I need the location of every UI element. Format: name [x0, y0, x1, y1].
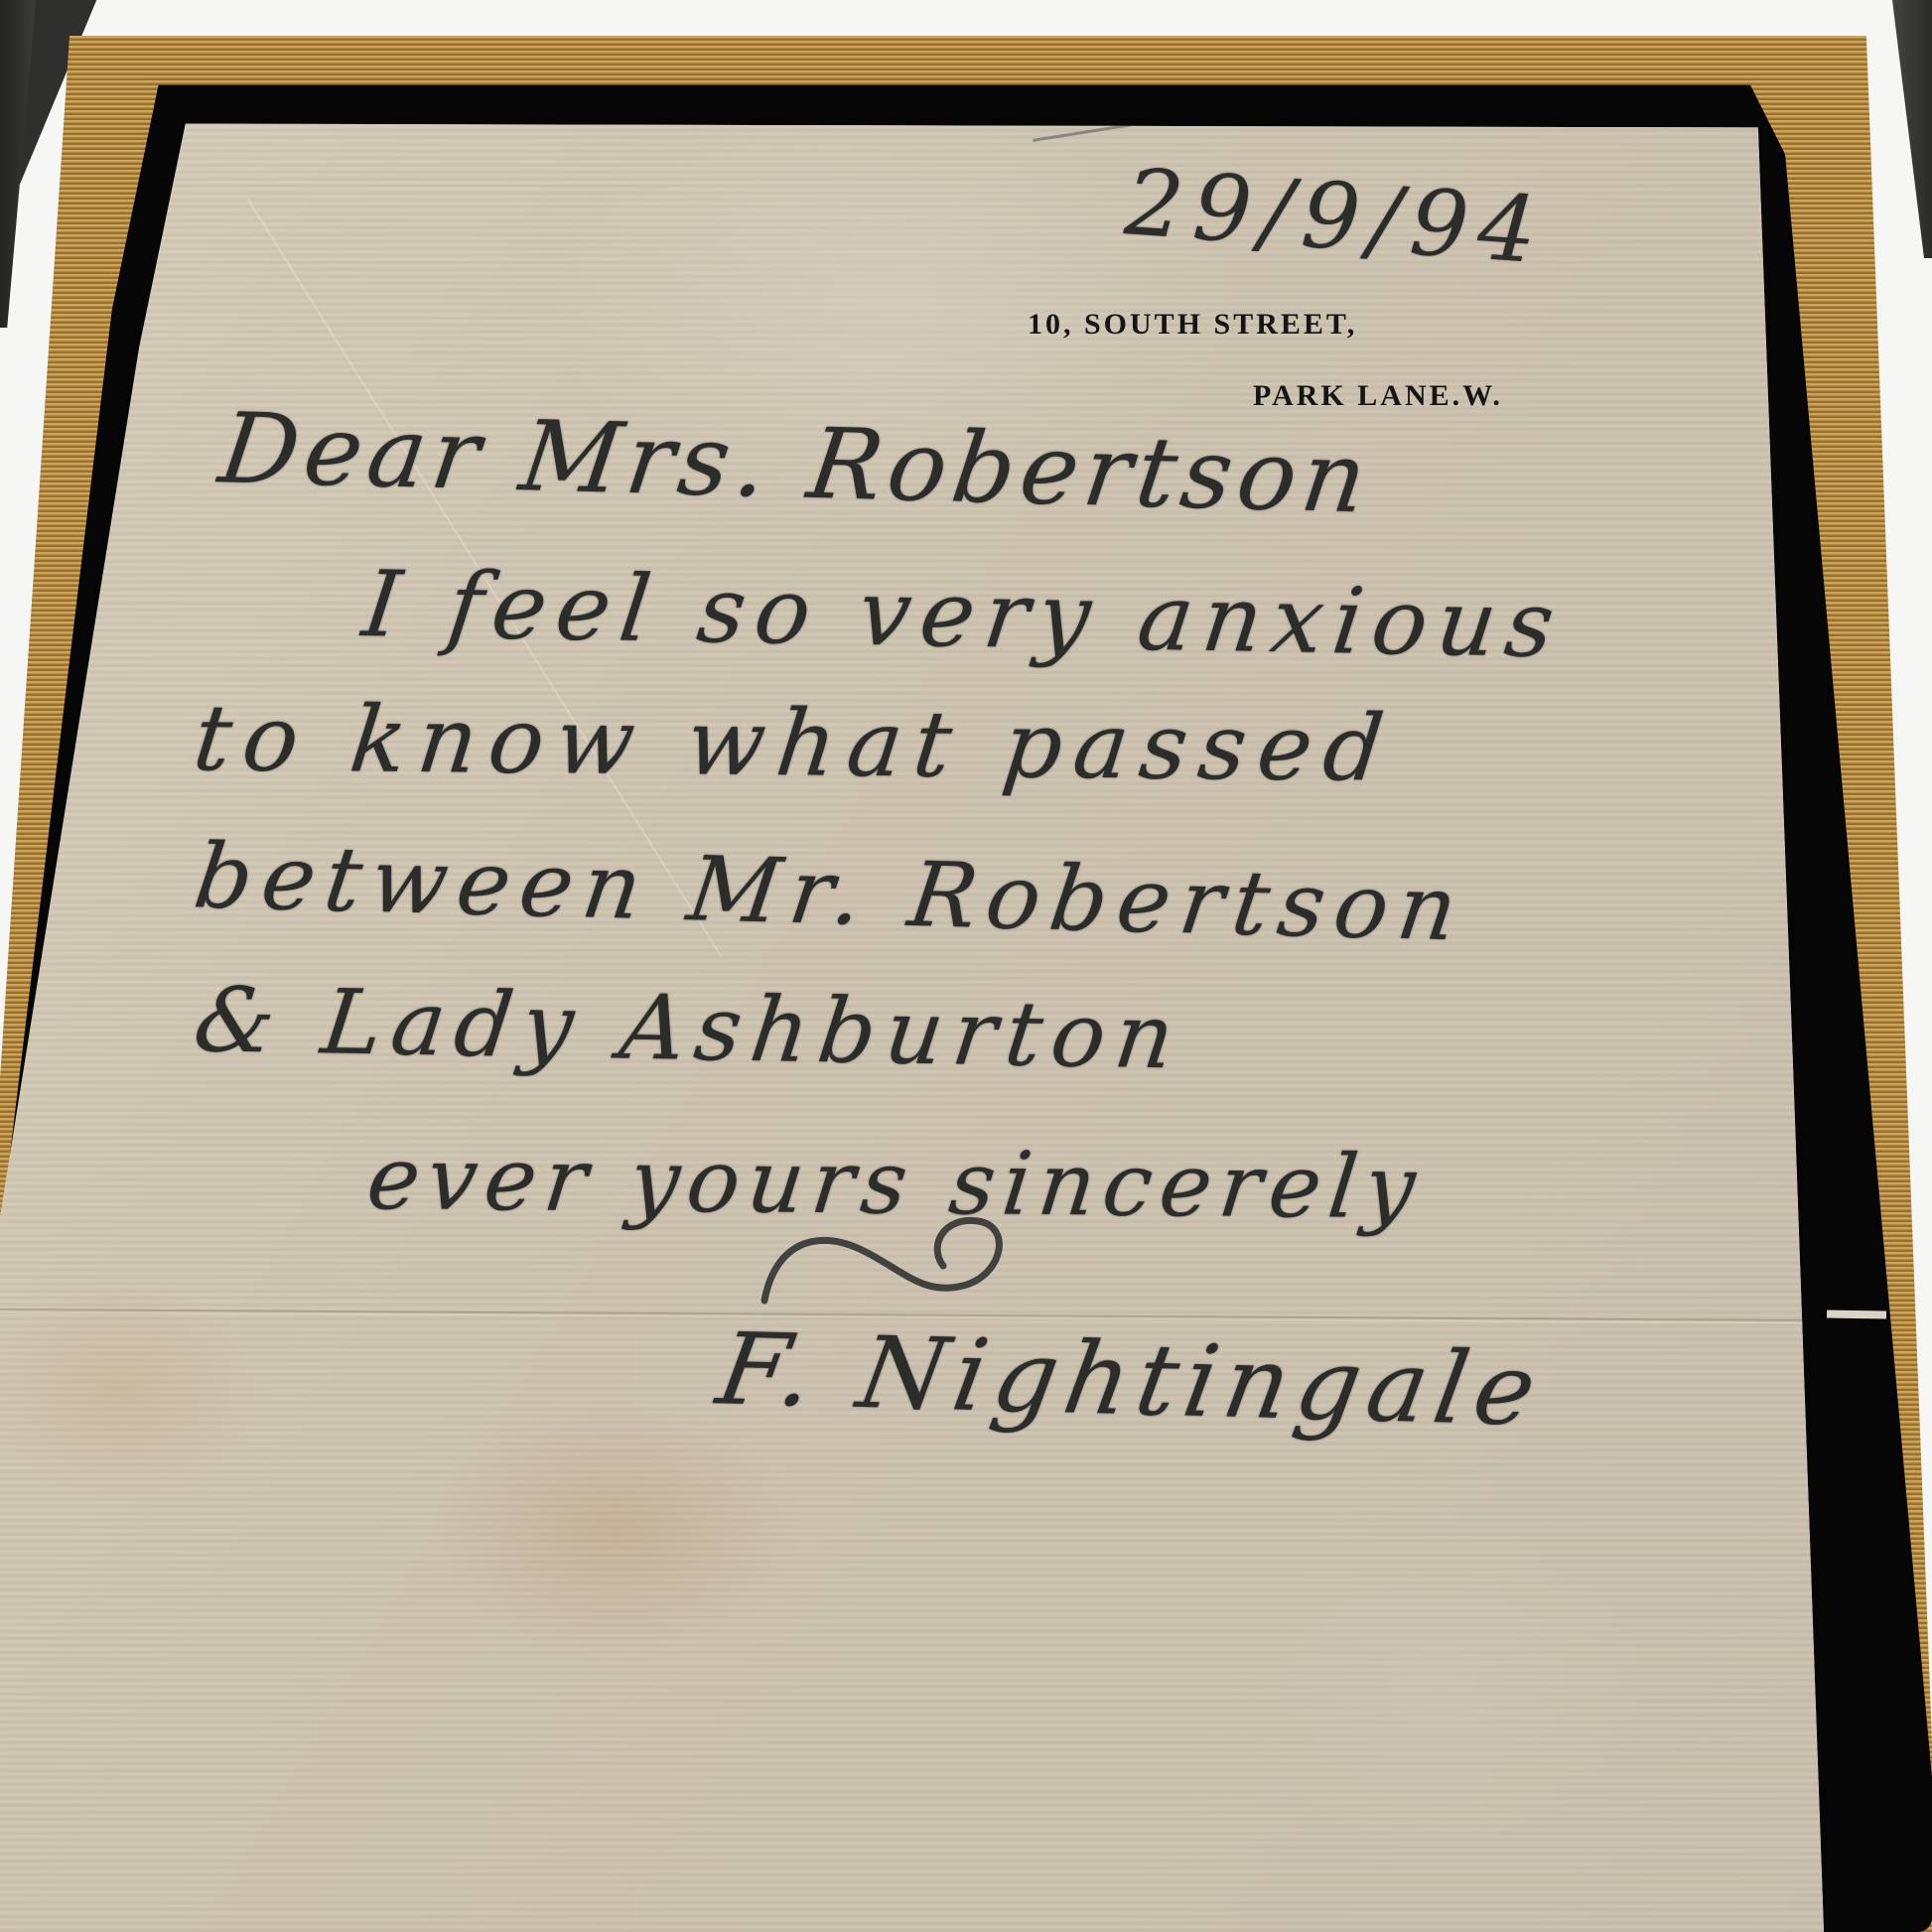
body-line: I feel so very anxious [357, 551, 1570, 678]
salutation: Dear Mrs. Robertson [213, 392, 1379, 535]
body-line: & Lady Ashburton [189, 968, 1189, 1089]
body-line: to know what passed [189, 685, 1401, 801]
framed-letter-photo: 29/9/94 10, SOUTH STREET, PARK LANE.W. D… [0, 0, 1932, 1932]
letter-paper: 29/9/94 10, SOUTH STREET, PARK LANE.W. D… [0, 0, 1932, 1932]
signature: F. Nightingale [710, 1311, 1552, 1448]
body-line: between Mr. Robertson [189, 824, 1472, 961]
letterhead-district: PARK LANE.W. [1253, 379, 1503, 413]
letterhead-street: 10, SOUTH STREET, [1028, 308, 1357, 342]
letter-date: 29/9/94 [1122, 149, 1550, 284]
fold-gap-in-border [1827, 1310, 1886, 1318]
signature-flourish [755, 1206, 1072, 1315]
